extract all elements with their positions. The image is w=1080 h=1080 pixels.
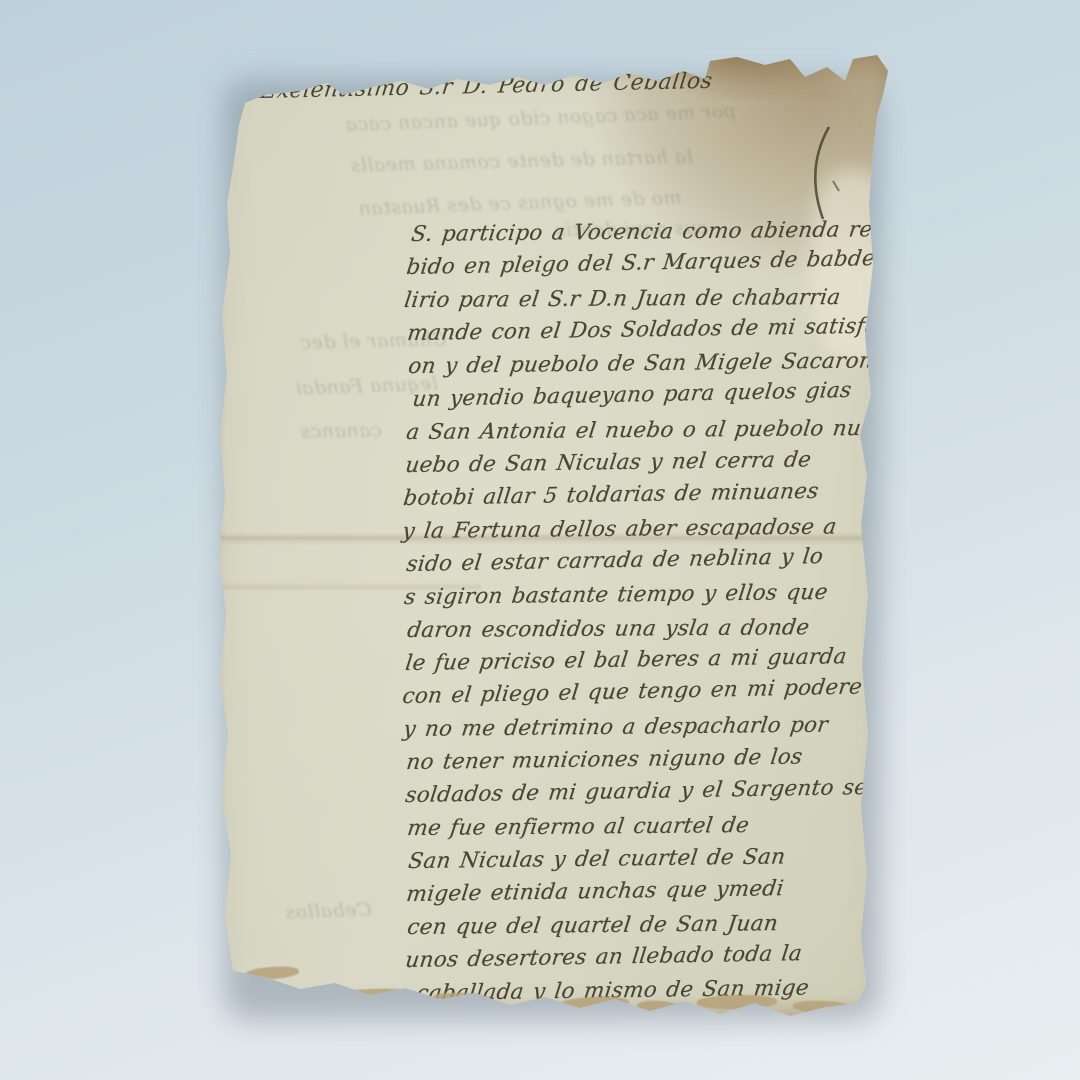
body-line: soldados de mi guardia y el Sargento se bbox=[404, 775, 869, 808]
ghost-line: mo de me ognas ce des Ruastan bbox=[358, 186, 682, 219]
body-line: le fue priciso el bal beres a mi guarda bbox=[404, 644, 848, 676]
body-line: no tener municiones niguno de los bbox=[405, 744, 804, 775]
body-line: cen que del quartel de San Juan bbox=[406, 911, 780, 940]
manuscript-heading: Exelentisimo S.r D. Pedro de Ceballos bbox=[259, 69, 714, 104]
body-line: sido el estar carrada de neblina y lo bbox=[405, 544, 825, 577]
photo-scene: por me aca cagon cido que ancan cacala h… bbox=[0, 0, 1080, 1080]
body-line: San Niculas y del cuartel de San bbox=[407, 844, 787, 874]
body-line: on y del puebolo de San Migele Sacaron bbox=[407, 348, 875, 379]
body-line: migele etinida unchas que ymedi bbox=[405, 876, 785, 907]
ghost-line: Ceballos bbox=[285, 898, 372, 923]
body-line: con el pliego el que tengo en mi podere bbox=[401, 674, 864, 709]
ghost-line: la hartan de dente comana mealls bbox=[350, 146, 693, 177]
body-line: uebo de San Niculas y nel cerra de bbox=[404, 447, 813, 478]
body-line: s sigiron bastante tiempo y ellos que bbox=[403, 580, 829, 610]
body-line: lirio para el S.r D.n Juan de chabarria bbox=[403, 285, 842, 313]
heading-superscript: tt bbox=[618, 57, 629, 72]
body-line: un yendio baqueyano para quelos gias bbox=[411, 378, 853, 412]
body-line: botobi allar 5 toldarias de minuanes bbox=[402, 479, 820, 511]
body-line: y no me detrimino a despacharlo por bbox=[402, 713, 830, 742]
body-line: daron escondidos una ysla a donde bbox=[406, 615, 811, 643]
body-line: bido en pleigo del S.r Marques de babde bbox=[405, 246, 877, 280]
body-line: a San Antonia el nuebo o al puebolo nu bbox=[405, 416, 863, 445]
ink-curve-mark bbox=[803, 123, 843, 233]
ghost-line: canancs bbox=[300, 419, 382, 442]
manuscript-paper: por me aca cagon cido que ancan cacala h… bbox=[205, 55, 895, 1030]
body-line: y la Fertuna dellos aber escapadose a bbox=[401, 514, 838, 544]
body-line: unos desertores an llebado toda la bbox=[404, 941, 804, 973]
body-line: me fue enfiermo al cuartel de bbox=[406, 813, 751, 841]
ghost-line: por me aca cagon cido que ancan caca bbox=[345, 100, 737, 136]
